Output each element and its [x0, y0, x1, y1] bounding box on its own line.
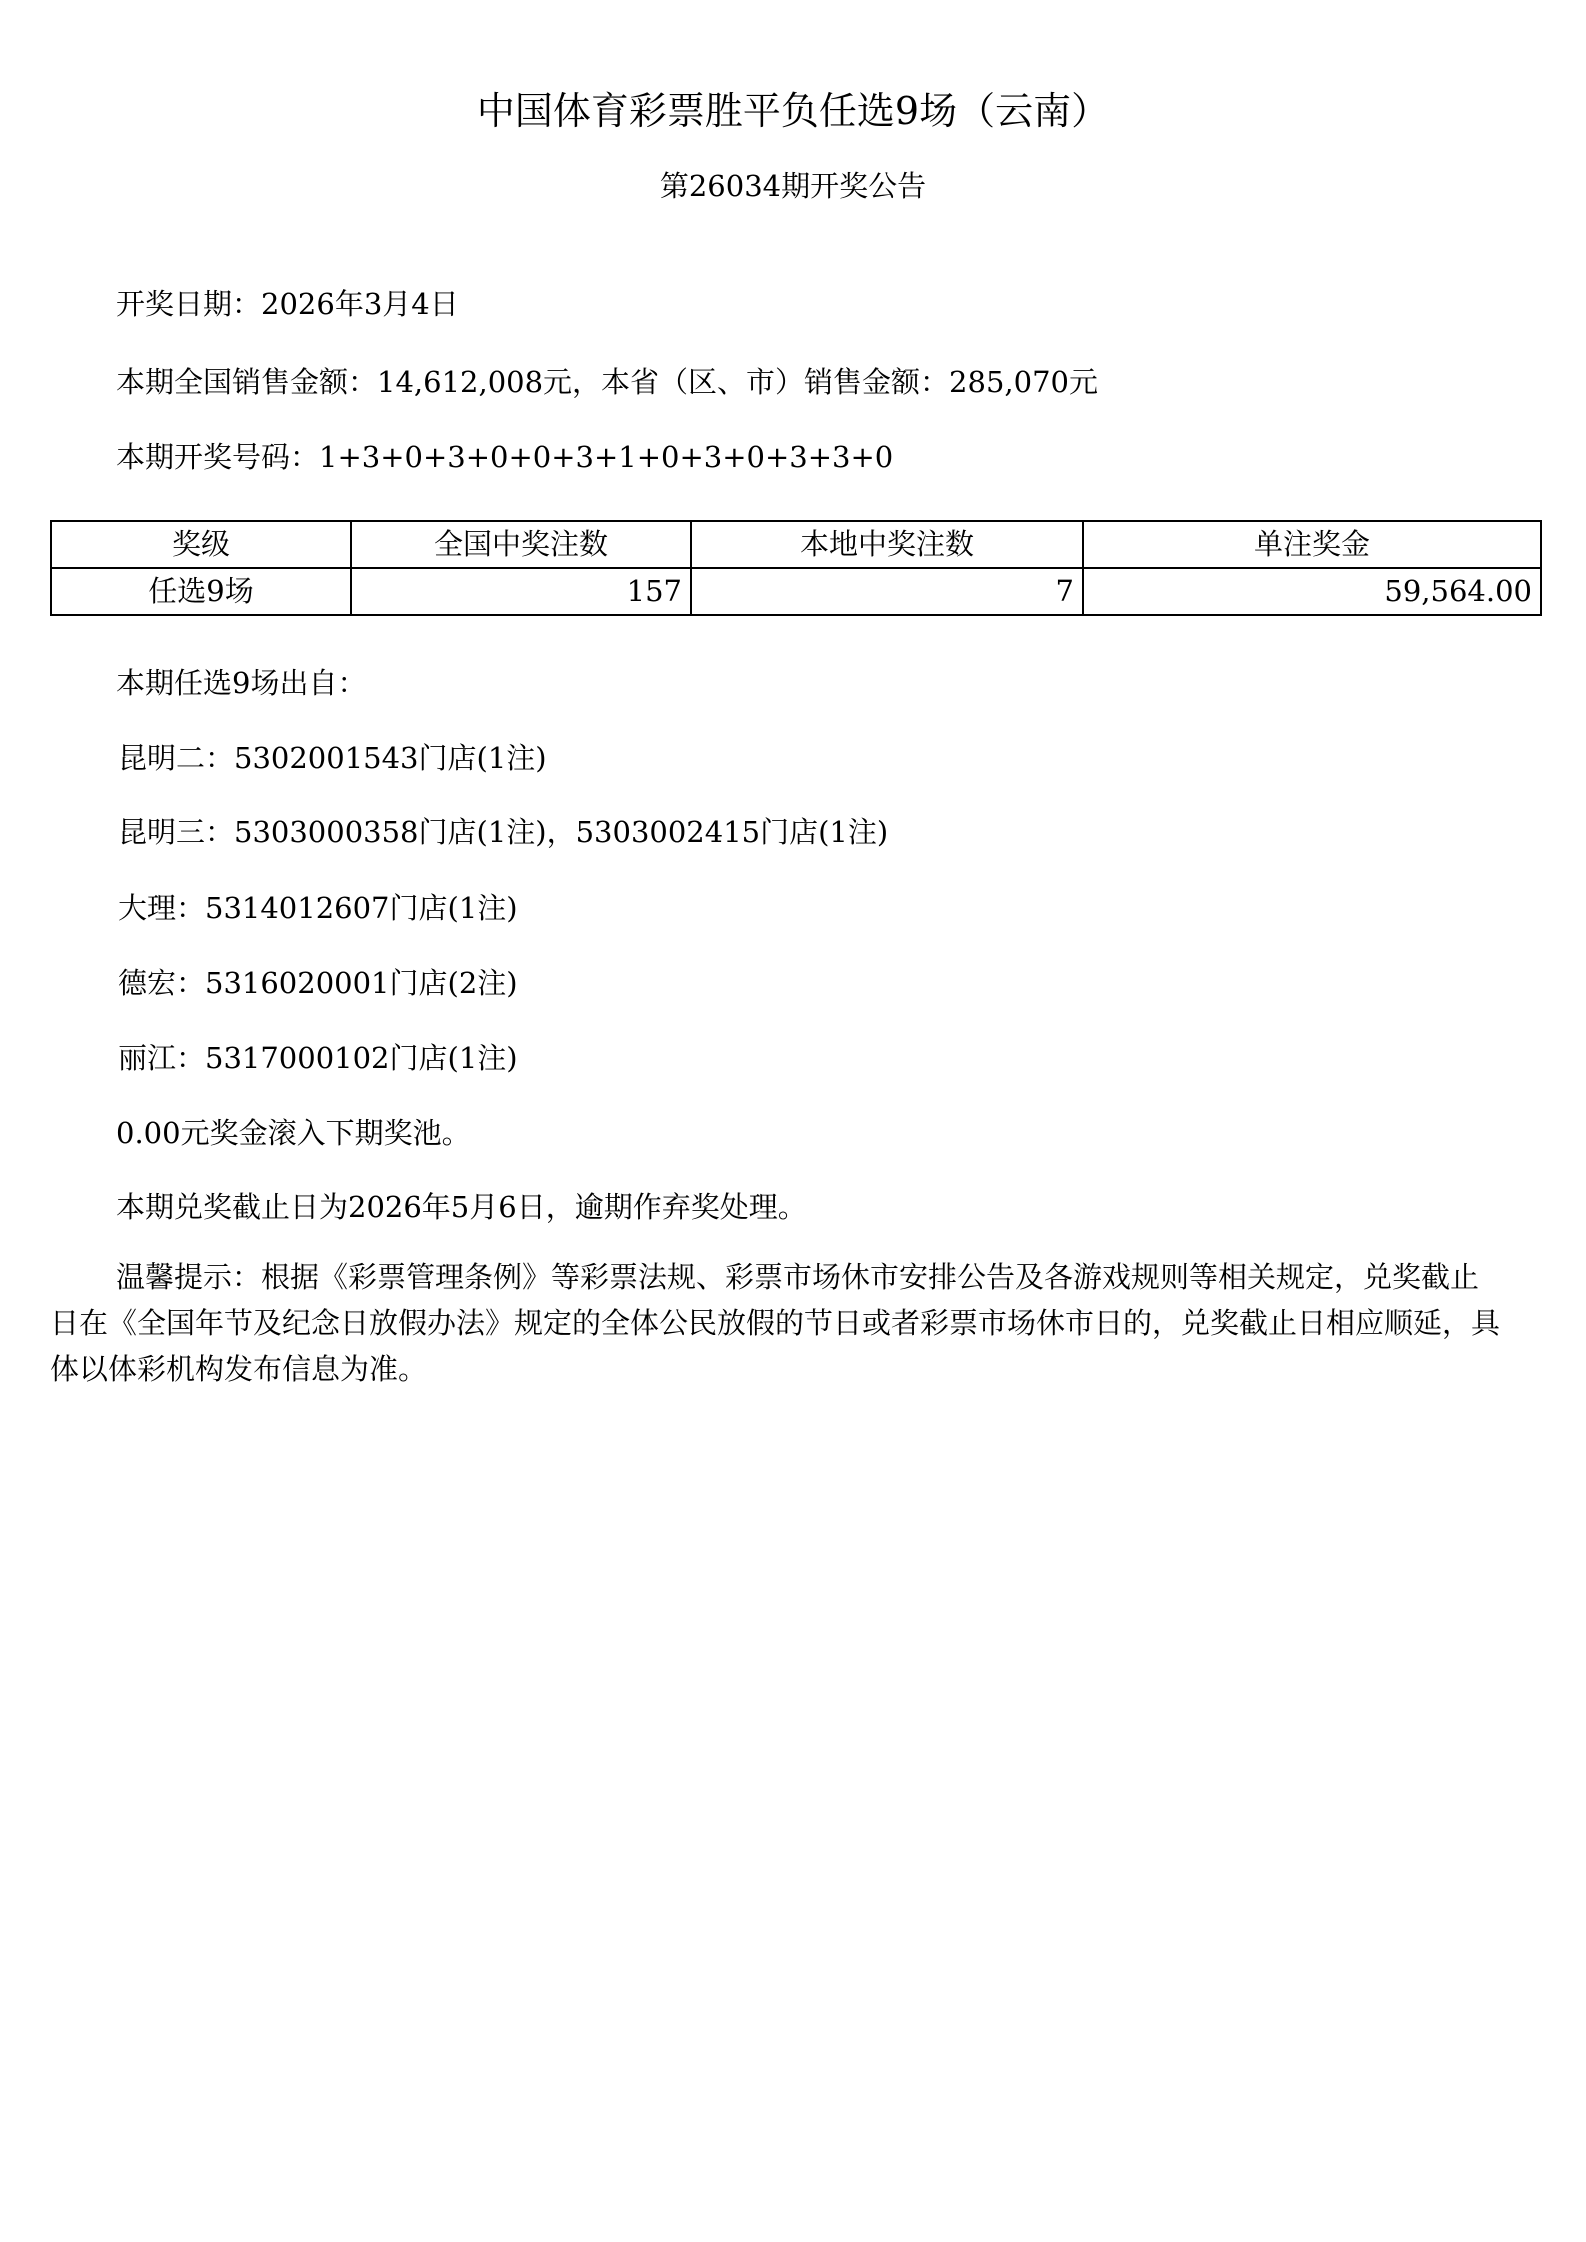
cell-prize-level: 任选9场 [51, 568, 351, 615]
table-row: 任选9场 157 7 59,564.00 [51, 568, 1541, 615]
winner-line-lijiang: 丽江：5317000102门店(1注) [118, 1044, 518, 1073]
reminder-notice: 温馨提示：根据《彩票管理条例》等彩票法规、彩票市场休市安排公告及各游戏规则等相关… [50, 1254, 1500, 1392]
winner-line-dehong: 德宏：5316020001门店(2注) [118, 969, 518, 998]
winning-numbers-label: 本期开奖号码： [116, 440, 319, 474]
header-local-count: 本地中奖注数 [691, 521, 1083, 568]
winners-intro: 本期任选9场出自： [116, 669, 366, 698]
page-title: 中国体育彩票胜平负任选9场（云南） [0, 92, 1586, 130]
prize-table-header: 奖级 全国中奖注数 本地中奖注数 单注奖金 [51, 521, 1541, 568]
header-prize-level: 奖级 [51, 521, 351, 568]
winning-numbers-value: 1+3+0+3+0+0+3+1+0+3+0+3+3+0 [319, 440, 893, 474]
winner-line-kunming3: 昆明三：5303000358门店(1注)，5303002415门店(1注) [118, 818, 888, 847]
cell-local-count: 7 [691, 568, 1083, 615]
prize-table: 奖级 全国中奖注数 本地中奖注数 单注奖金 任选9场 157 7 59,564.… [50, 520, 1542, 616]
cell-prize-per-bet: 59,564.00 [1083, 568, 1541, 615]
claim-deadline: 本期兑奖截止日为2026年5月6日，逾期作弃奖处理。 [116, 1193, 807, 1222]
issue-subtitle: 第26034期开奖公告 [0, 172, 1586, 201]
draw-date-value: 2026年3月4日 [261, 287, 459, 321]
header-national-count: 全国中奖注数 [351, 521, 691, 568]
draw-date-label: 开奖日期： [116, 287, 261, 321]
draw-date: 开奖日期：2026年3月4日 [116, 290, 459, 319]
winner-line-dali: 大理：5314012607门店(1注) [118, 894, 518, 923]
header-prize-per-bet: 单注奖金 [1083, 521, 1541, 568]
winning-numbers: 本期开奖号码：1+3+0+3+0+0+3+1+0+3+0+3+3+0 [116, 443, 893, 472]
rollover-note: 0.00元奖金滚入下期奖池。 [116, 1119, 471, 1148]
winner-line-kunming2: 昆明二：5302001543门店(1注) [118, 744, 547, 773]
cell-national-count: 157 [351, 568, 691, 615]
sales-amounts: 本期全国销售金额：14,612,008元，本省（区、市）销售金额：285,070… [116, 368, 1098, 397]
